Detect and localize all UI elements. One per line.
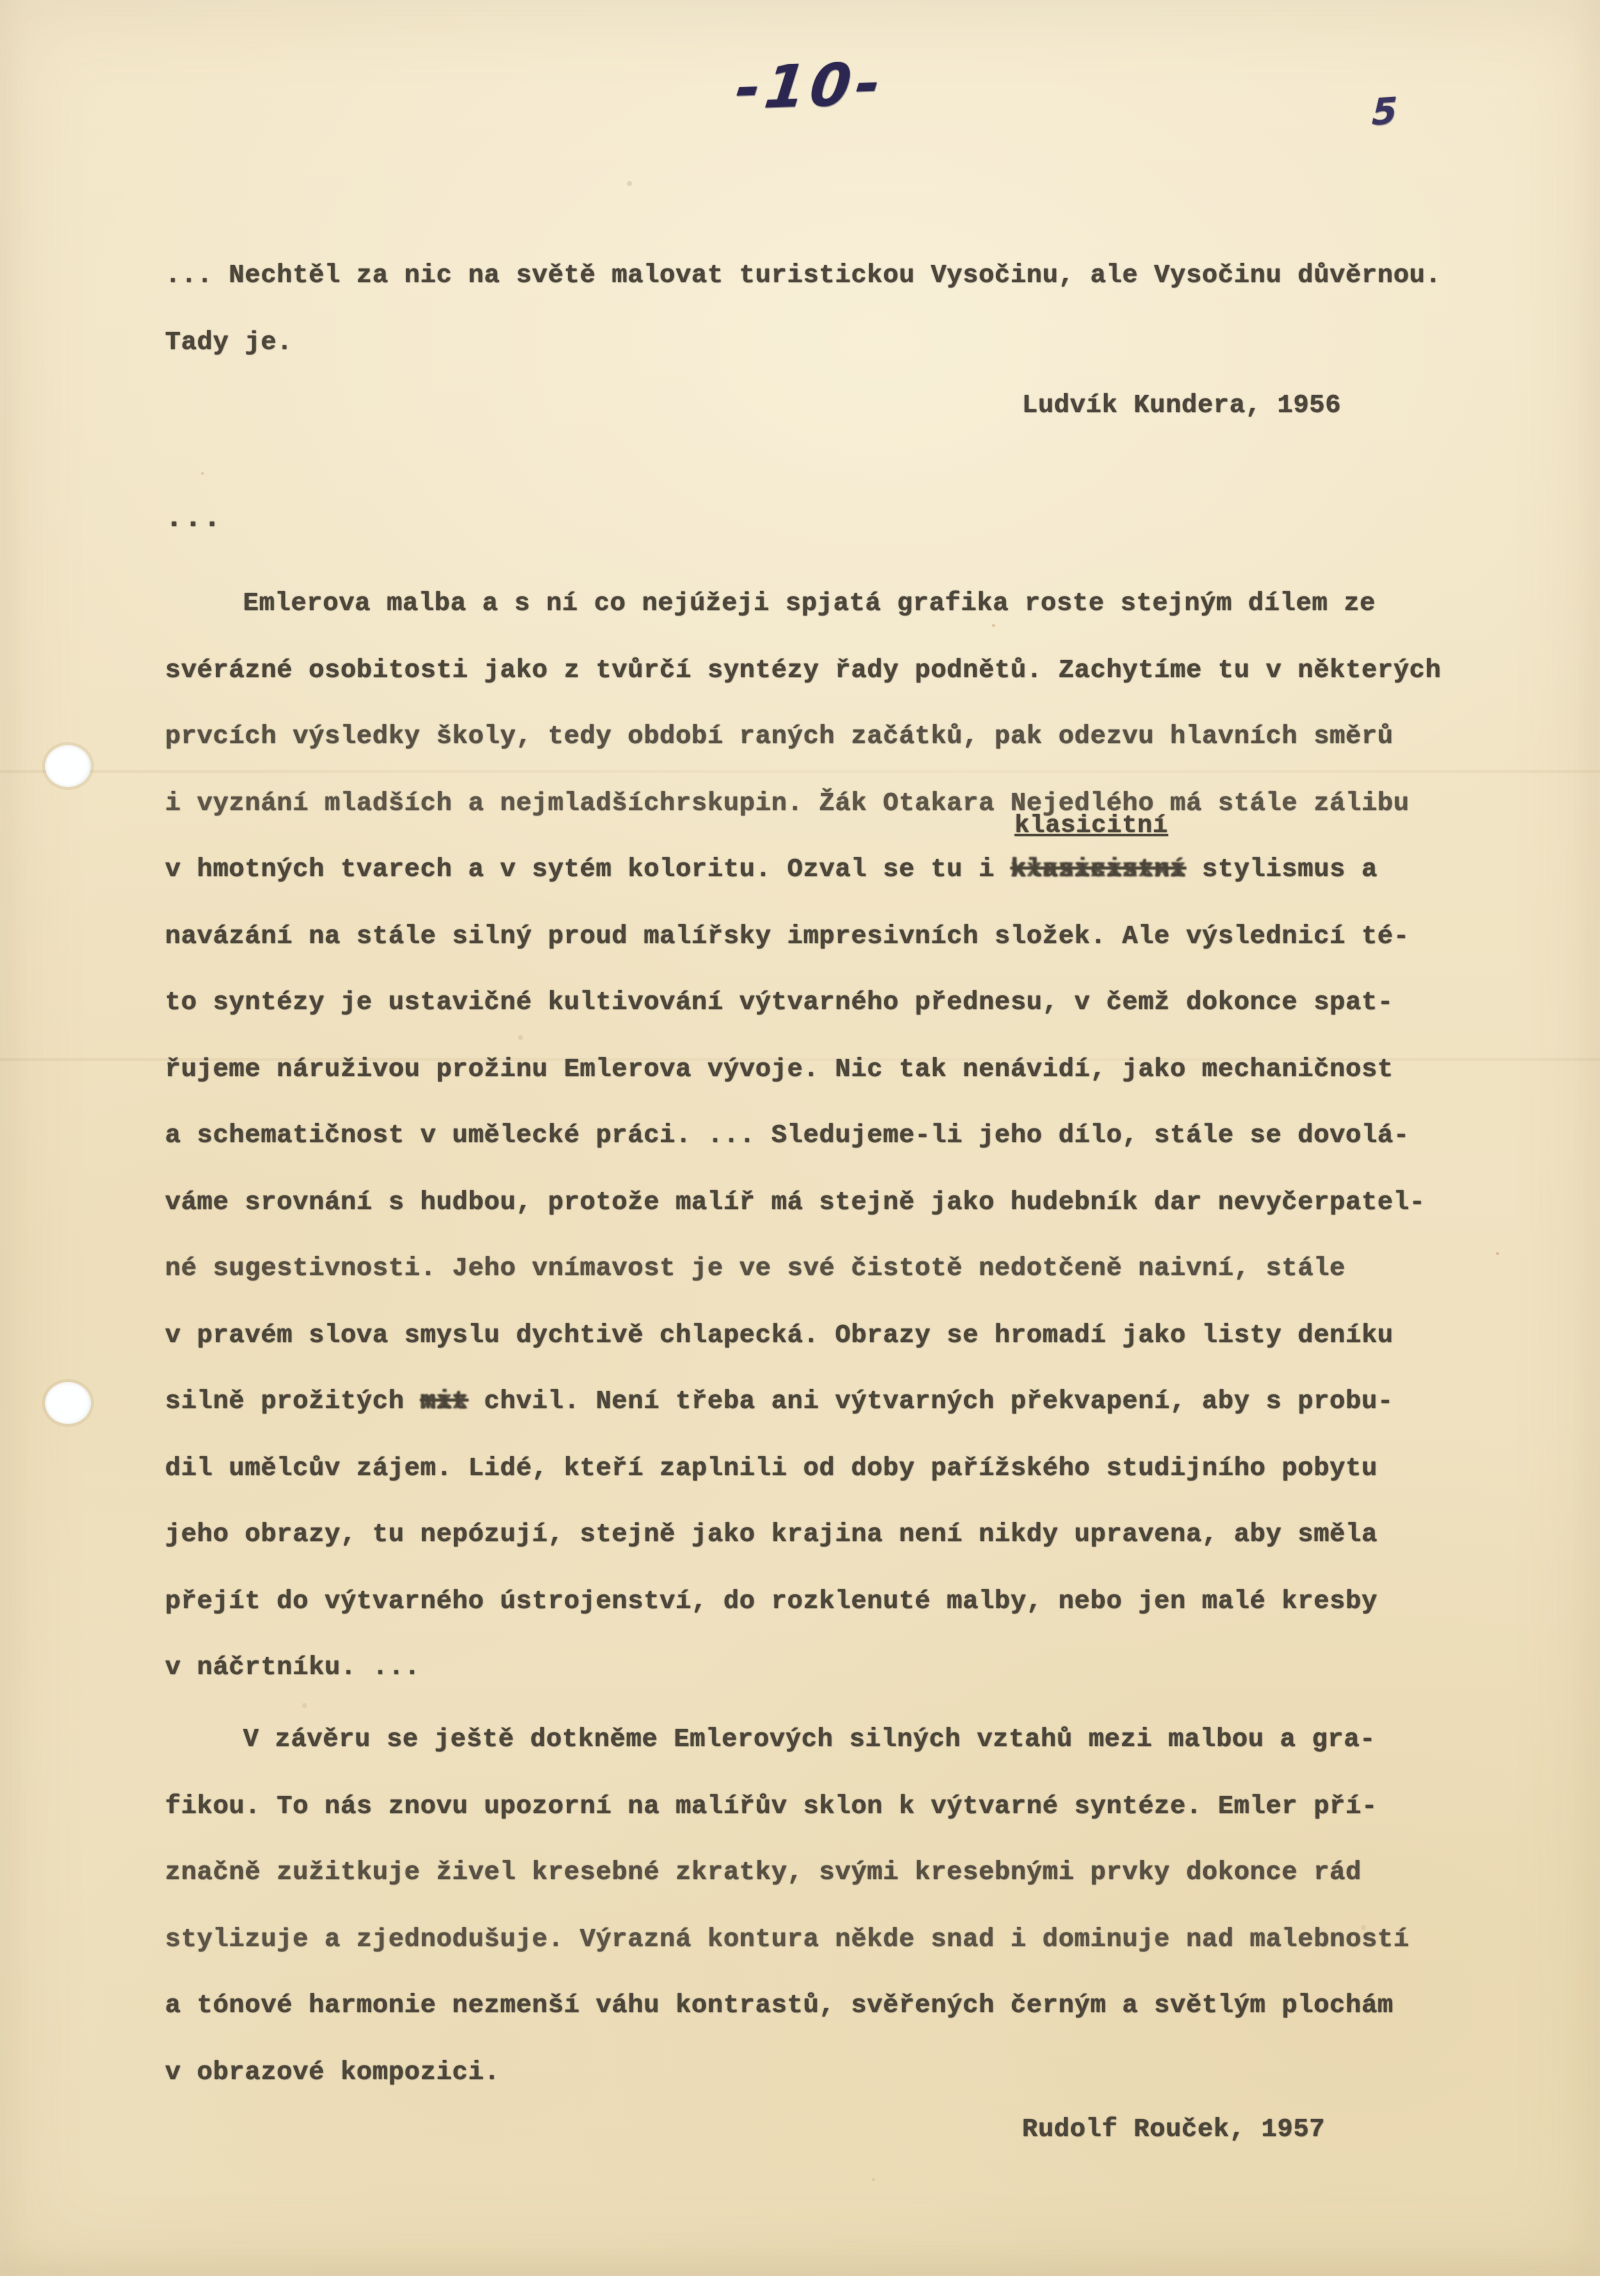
typed-line: to syntézy je ustavičné kultivování výtv… bbox=[165, 969, 1441, 1036]
typed-line: a tónové harmonie nezmenší váhu kontrast… bbox=[165, 1972, 1409, 2039]
overtype-obliteration: xxx bbox=[420, 1368, 468, 1435]
typed-line: prvcích výsledky školy, tedy období raný… bbox=[165, 703, 1441, 770]
handwritten-corner-mark: 5 bbox=[1371, 91, 1397, 134]
typed-line: V závěru se ještě dotkněme Emlerových si… bbox=[165, 1706, 1409, 1773]
typed-line: řujeme náruživou prožinu Emlerova vývoje… bbox=[165, 1036, 1441, 1103]
hole-punch-top bbox=[45, 745, 91, 787]
typed-line: fikou. To nás znovu upozorní na malířův … bbox=[165, 1773, 1409, 1840]
kundera-quote-block: ... Nechtěl za nic na světě malovat turi… bbox=[165, 242, 1441, 375]
typed-line: svérázné osobitosti jako z tvůrčí syntéz… bbox=[165, 637, 1441, 704]
typed-line: v pravém slova smyslu dychtivě chlapecká… bbox=[165, 1302, 1441, 1369]
line-segment: chvil. Není třeba ani výtvarných překvap… bbox=[468, 1386, 1393, 1416]
typed-line: váme srovnání s hudbou, protože malíř má… bbox=[165, 1169, 1441, 1236]
essay-paragraph-2: V závěru se ještě dotkněme Emlerových si… bbox=[165, 1706, 1409, 2105]
kundera-signature: Ludvík Kundera, 1956 bbox=[1022, 372, 1341, 439]
typed-line: přejít do výtvarného ústrojenství, do ro… bbox=[165, 1568, 1441, 1635]
scanned-document-page: -10- 5 ... Nechtěl za nic na světě malov… bbox=[0, 0, 1600, 2276]
handwritten-page-number: -10- bbox=[732, 49, 889, 123]
typed-line: Emlerova malba a s ní co nejúžeji spjatá… bbox=[165, 570, 1441, 637]
line-segment: v hmotných tvarech a v sytém koloritu. O… bbox=[165, 854, 1010, 884]
typed-line: Tady je. bbox=[165, 309, 1441, 376]
typewriter-correction: klasicitníklasicistníxxxxxxxxxxx bbox=[1010, 836, 1185, 903]
typed-line-with-correction: v hmotných tvarech a v sytém koloritu. O… bbox=[165, 836, 1441, 903]
typed-line: a schematičnost v umělecké práci. ... Sl… bbox=[165, 1102, 1441, 1169]
section-separator-dots: ... bbox=[165, 486, 222, 553]
typed-line: v náčrtníku. ... bbox=[165, 1634, 1441, 1701]
roucek-signature: Rudolf Rouček, 1957 bbox=[1022, 2096, 1325, 2163]
typed-line: navázání na stále silný proud malířsky i… bbox=[165, 903, 1441, 970]
paper-specks bbox=[0, 0, 3, 3]
typed-line: ... Nechtěl za nic na světě malovat turi… bbox=[165, 242, 1441, 309]
typed-line: né sugestivnosti. Jeho vnímavost je ve s… bbox=[165, 1235, 1441, 1302]
line-segment: silně prožitých bbox=[165, 1386, 420, 1416]
typed-line: dil umělcův zájem. Lidé, kteří zaplnili … bbox=[165, 1435, 1441, 1502]
line-segment: stylismus a bbox=[1186, 854, 1377, 884]
typed-line: značně zužitkuje živel kresebné zkratky,… bbox=[165, 1839, 1409, 1906]
typed-line: stylizuje a zjednodušuje. Výrazná kontur… bbox=[165, 1906, 1409, 1973]
typed-line-with-correction: silně prožitých mitxxx chvil. Není třeba… bbox=[165, 1368, 1441, 1435]
typed-line: i vyznání mladších a nejmladšíchrskupin.… bbox=[165, 770, 1441, 837]
typewriter-correction: mitxxx bbox=[420, 1368, 468, 1435]
typed-line: jeho obrazy, tu nepózují, stejně jako kr… bbox=[165, 1501, 1441, 1568]
essay-paragraph-1: Emlerova malba a s ní co nejúžeji spjatá… bbox=[165, 570, 1441, 1701]
overtype-obliteration: xxxxxxxxxxx bbox=[1010, 836, 1185, 903]
hole-punch-bottom bbox=[45, 1382, 91, 1424]
